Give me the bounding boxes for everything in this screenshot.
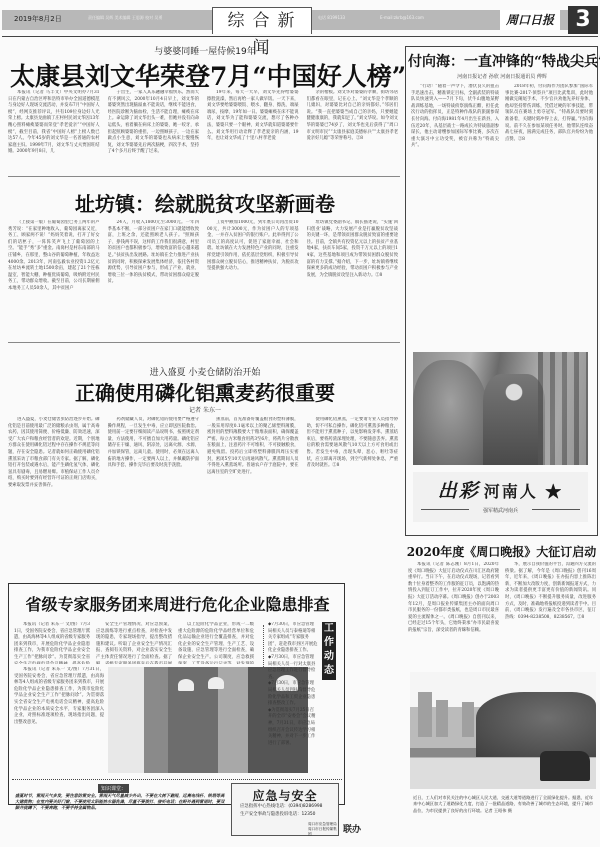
- building: [418, 692, 432, 737]
- phosphide-column: 进入盛夏，小麦仓储害虫防治逐步开始。磷化铝是目前使用最广泛的储粮杀虫剂，属于高毒…: [8, 417, 100, 555]
- phosphide-headline: 正确使用磷化铝熏麦药很重要: [10, 377, 400, 406]
- tips-text: 盛夏时节，雷雨天气多发，要注意防雷安全。雷雨天气尽量减少外出，不要在大树下避雨，…: [15, 793, 225, 812]
- work-news-tag: 工作动态: [322, 622, 336, 680]
- banner-text: 河南人: [484, 482, 538, 501]
- fu-column: 2018年初，付向海作为团队参加“国际军事比赛-2017·侦察兵”项目比武集训，…: [505, 84, 593, 346]
- fu-byline: 河南日报记者 孙欣 河南日报通讯员 傅辉: [408, 73, 596, 80]
- masthead: 2019年8月2日 责任编辑 吴辉 美术编辑 王思源 校对 吴勇 综合新闻 电话…: [0, 0, 600, 38]
- experts-column: 安全生产管理情况、对应急预案、应急演练等进行重点检查，对检查中发现的隐患，专家现…: [96, 622, 172, 664]
- soldier-figure: [483, 374, 545, 465]
- joint-label: 联办: [343, 822, 361, 835]
- liu-kicker: 与婆婆同睡一屋侍候19年: [20, 44, 390, 57]
- complaint-number: 12350: [301, 812, 315, 817]
- issue-date: 2019年8月2日: [14, 14, 62, 24]
- zhifang-column: 址坊镇党委副书记、镇长描述说，“实施‘回归创业’战略，大力发展产业是打赢脱贫攻坚…: [307, 220, 399, 330]
- fu-headline: 付向海：一直冲锋的“特战尖兵”: [408, 51, 596, 71]
- experts-column: 以上危险化学品企业，形成一二级重大危险源的危险化学品经营单位和危化品运输企业进行…: [178, 622, 254, 664]
- zhifang-body: （上接第一版）在葡萄园里已务工两年的卢秀芳说：“在家里种地收入，葡萄园离家又近，…: [8, 220, 398, 330]
- zhifang-headline: 址坊镇：绘就脱贫攻坚新画卷: [10, 188, 400, 217]
- work-news-item: ◆7月30日，市应急管理局相关人员与泰格迪等相关专家组成“专家服务团”，赶赴我市…: [268, 622, 318, 655]
- wanbao-body: 本报讯（记者 陈志刚）8月1日，2020年度《周口晚报》大征订启动仪式在川汇区政…: [408, 562, 596, 666]
- work-news-list: ◆7月30日，市应急管理局相关人员与泰格迪等相关专家组成“专家服务团”，赶赴我市…: [268, 622, 318, 774]
- org-names: 周口市应急管理局 周口市日报传媒集团: [308, 822, 338, 837]
- liu-column: 本报讯（记者 马丰文）中央文明办7月31日在内蒙古自治区呼和浩特市举办全国道德模…: [8, 90, 100, 170]
- liu-body: 本报讯（记者 马丰文）中央文明办7月31日在内蒙古自治区呼和浩特市举办全国道德模…: [8, 90, 398, 170]
- fu-column: “行动！”随着一声令下，潜伏良久的狙击手迅速出击，精准锁定目标，全副武装的特战队…: [411, 84, 499, 346]
- experts-body-cont: 本报讯（记者 朱东一 文/图）7月31日，受国务院安委会、省应急管理厅派遣，由高…: [14, 667, 104, 775]
- helmet: [178, 679, 194, 691]
- liu-column: 子出生，一家人其乐融融幸福快乐。然而天有不测风云，2000年10月4日早上，刘文…: [108, 90, 200, 170]
- phosphide-column: 使用磷化铝熏蒸，一定要请专业人员指导协助，切不可私自操作。磷化铝可熏蒸多种粮食，…: [307, 417, 399, 555]
- liu-headline: 太康县刘文华荣登7月“中国好人榜”: [10, 57, 400, 93]
- trees: [538, 352, 588, 465]
- newspaper-logo: 周口日报: [500, 10, 560, 30]
- banner-title: 出彩河南人 ★: [413, 476, 588, 503]
- complaint-label: 生产安全事故与隐患投诉电话：: [240, 812, 301, 817]
- dotted-divider: [12, 779, 342, 780]
- column-separator: [263, 625, 264, 763]
- editors-credit: 责任编辑 吴辉 美术编辑 王思源 校对 吴勇: [88, 15, 218, 21]
- work-news-item: ◆7月30日，市应急管理局相关人员到扶沟督导危险化学品和工贸企业隐患排查整改工作…: [268, 681, 318, 707]
- zhifang-column: 工资中额加1000元，到年底公司再出资1000元，共计3000元，作为贫困户人的…: [207, 220, 299, 330]
- page-number: 3: [568, 6, 598, 34]
- saluting-soldier-photo: [413, 352, 588, 465]
- engraved-rock: [413, 360, 488, 465]
- green-hill: [476, 692, 596, 757]
- star-icon: ★: [545, 482, 563, 501]
- experts-column: 本报讯（记者 朱东一 文/图）7月31日，受国务院安委会、省应急管理厅派遣，由高…: [14, 622, 90, 664]
- liu-column: 19年来，每天一大早，刘文华先得给婆婆擦脸洗澡，然后再给一家人做早饭。一天下来，…: [207, 90, 299, 170]
- emergency-title: 应急与安全: [232, 787, 338, 804]
- work-news-item: ◆为贯彻落实7月25日召开的全市“安委会”会议精神，7月31日，市应急局组织召开…: [268, 708, 318, 748]
- fu-body: “行动！”随着一声令下，潜伏良久的狙击手迅速出击，精准锁定目标，全副武装的特战队…: [411, 84, 593, 346]
- zhifang-column: （上接第一版）在葡萄园里已务工两年的卢秀芳说：“在家里种地收入，葡萄园离家又近，…: [8, 220, 100, 330]
- section-title: 综合新闻: [212, 7, 312, 34]
- liu-column: 亲的楷模。刘文华对婆婆的孝顺，街坊邻居们都看在眼里，记在心上。“刘文华是个孝顺的…: [307, 90, 399, 170]
- helmet: [208, 677, 224, 689]
- contact-email: E-mail:zkrb@163.com: [380, 15, 424, 20]
- divider: [8, 342, 400, 343]
- work-news-item: ◆7月30日，市应急管理局相关人员一行对太康县应急管理工作进行督导检查。: [268, 655, 318, 681]
- phosphide-body: 进入盛夏，小麦仓储害虫防治逐步开始。磷化铝是目前使用最广泛的储粮杀虫剂，属于高毒…: [8, 417, 398, 555]
- building: [436, 700, 448, 737]
- wanbao-column: 华，展示自我价值的平台，沟通四方交流的桥梁。据了解，今年是《周口晚报》创刊16周…: [505, 562, 596, 666]
- city-photo-caption: 近日，工人们对市民关注的中心城区人民大道、交通大道等道路进行了全面绿化提升。据悉…: [413, 795, 595, 814]
- experts-headline: 省级专家服务团来周进行危化企业隐患排查: [10, 592, 345, 615]
- chucai-henan-banner: 出彩河南人 ★ 强军精武河南兵: [413, 472, 588, 522]
- contact-phone: 电话 8199133: [318, 15, 345, 21]
- zhifang-column: 24人，月收入1800元至3000元。一年四季基本不断，一部分贫困户在家门口就能…: [108, 220, 200, 330]
- divider: [8, 176, 400, 177]
- hotline-number: (0394)8286998: [288, 804, 322, 809]
- car: [540, 751, 590, 781]
- complaint-line: 生产安全事故与隐患投诉电话：12350: [240, 811, 335, 817]
- hotline-label: 应急指挥中心热线电话：: [240, 804, 288, 809]
- phosphide-column: 药剂储藏人员，对磷化铝的使用要严格遵守操作规程，一旦发生中毒，应立即送医院救治。…: [108, 417, 200, 555]
- org-name: 周口市日报传媒集团: [308, 827, 338, 837]
- phosphide-column: 熏蒸前，首先准备好覆盖粮食的塑料薄膜，一般采用厚度0.1毫米以上的聚乙烯塑料薄膜…: [207, 417, 299, 555]
- wanbao-headline: 2020年度《周口晚报》大征订启动: [405, 543, 598, 560]
- banner-subtitle: 强军精武河南兵: [413, 507, 588, 514]
- city-road-photo: [410, 672, 596, 789]
- building: [462, 702, 474, 737]
- tips-label: 知识课堂：: [98, 784, 129, 793]
- experts-body: 本报讯（记者 朱东一 文/图）7月31日，受国务院安委会、省应急管理厅派遣，由高…: [14, 622, 254, 664]
- experts-column: 本报讯（记者 朱东一 文/图）7月31日，受国务院安委会、省应急管理厅派遣，由高…: [14, 667, 104, 775]
- wanbao-column: 本报讯（记者 陈志刚）8月1日，2020年度《周口晚报》大征订启动仪式在川汇区政…: [408, 562, 499, 666]
- banner-cursive: 出彩: [438, 480, 480, 502]
- hotline-line: 应急指挥中心热线电话：(0394)8286998: [240, 803, 335, 809]
- masthead-rule: [2, 36, 598, 37]
- phosphide-byline: 记者 朱东一: [10, 405, 400, 414]
